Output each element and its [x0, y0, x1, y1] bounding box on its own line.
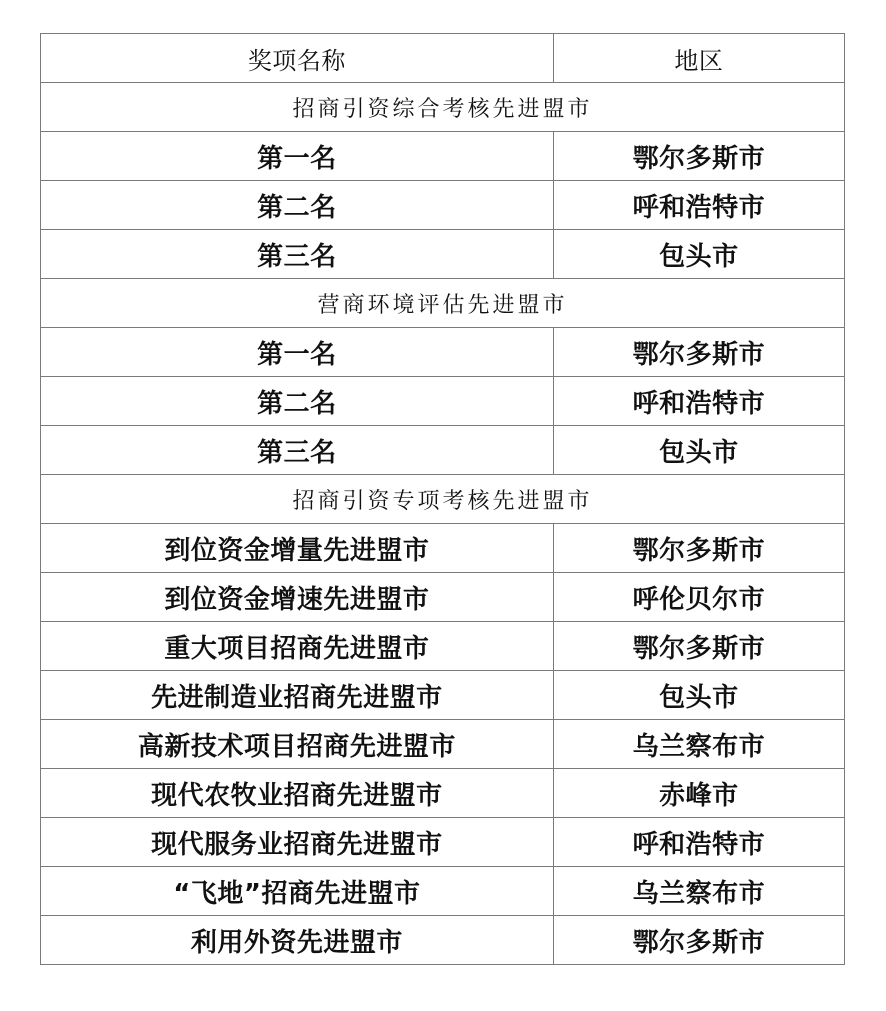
region-cell: 呼和浩特市 — [553, 181, 844, 230]
section-row: 招商引资综合考核先进盟市 — [41, 83, 845, 132]
region-cell: 鄂尔多斯市 — [553, 622, 844, 671]
region-cell: 鄂尔多斯市 — [553, 328, 844, 377]
section-row: 营商环境评估先进盟市 — [41, 279, 845, 328]
award-cell: “飞地”招商先进盟市 — [41, 867, 554, 916]
region-cell: 乌兰察布市 — [553, 867, 844, 916]
award-cell: 先进制造业招商先进盟市 — [41, 671, 554, 720]
award-cell: 第二名 — [41, 181, 554, 230]
region-cell: 包头市 — [553, 426, 844, 475]
award-cell: 现代农牧业招商先进盟市 — [41, 769, 554, 818]
award-cell: 到位资金增量先进盟市 — [41, 524, 554, 573]
table-row: 第三名 包头市 — [41, 426, 845, 475]
award-cell: 重大项目招商先进盟市 — [41, 622, 554, 671]
award-cell: 高新技术项目招商先进盟市 — [41, 720, 554, 769]
region-cell: 乌兰察布市 — [553, 720, 844, 769]
header-region: 地区 — [553, 34, 844, 83]
table-row: 现代农牧业招商先进盟市 赤峰市 — [41, 769, 845, 818]
table-row: 到位资金增量先进盟市 鄂尔多斯市 — [41, 524, 845, 573]
section-title: 营商环境评估先进盟市 — [41, 279, 845, 328]
table-row: 重大项目招商先进盟市 鄂尔多斯市 — [41, 622, 845, 671]
award-cell: 到位资金增速先进盟市 — [41, 573, 554, 622]
table-row: 高新技术项目招商先进盟市 乌兰察布市 — [41, 720, 845, 769]
table-row: 到位资金增速先进盟市 呼伦贝尔市 — [41, 573, 845, 622]
award-cell: 第三名 — [41, 426, 554, 475]
table-row: 第二名 呼和浩特市 — [41, 181, 845, 230]
region-cell: 包头市 — [553, 671, 844, 720]
table-row: 先进制造业招商先进盟市 包头市 — [41, 671, 845, 720]
award-cell: 第二名 — [41, 377, 554, 426]
header-row: 奖项名称 地区 — [41, 34, 845, 83]
award-cell: 现代服务业招商先进盟市 — [41, 818, 554, 867]
table-row: 利用外资先进盟市 鄂尔多斯市 — [41, 916, 845, 965]
header-award-name: 奖项名称 — [41, 34, 554, 83]
region-cell: 鄂尔多斯市 — [553, 524, 844, 573]
table-row: 第一名 鄂尔多斯市 — [41, 132, 845, 181]
region-cell: 呼和浩特市 — [553, 377, 844, 426]
award-cell: 第一名 — [41, 132, 554, 181]
table-row: 第一名 鄂尔多斯市 — [41, 328, 845, 377]
region-cell: 鄂尔多斯市 — [553, 916, 844, 965]
region-cell: 鄂尔多斯市 — [553, 132, 844, 181]
table-row: 第三名 包头市 — [41, 230, 845, 279]
section-title: 招商引资综合考核先进盟市 — [41, 83, 845, 132]
section-row: 招商引资专项考核先进盟市 — [41, 475, 845, 524]
region-cell: 呼和浩特市 — [553, 818, 844, 867]
region-cell: 包头市 — [553, 230, 844, 279]
table-row: “飞地”招商先进盟市 乌兰察布市 — [41, 867, 845, 916]
award-cell: 第三名 — [41, 230, 554, 279]
region-cell: 赤峰市 — [553, 769, 844, 818]
table-row: 现代服务业招商先进盟市 呼和浩特市 — [41, 818, 845, 867]
award-cell: 利用外资先进盟市 — [41, 916, 554, 965]
section-title: 招商引资专项考核先进盟市 — [41, 475, 845, 524]
region-cell: 呼伦贝尔市 — [553, 573, 844, 622]
award-cell: 第一名 — [41, 328, 554, 377]
award-table: 奖项名称 地区 招商引资综合考核先进盟市 第一名 鄂尔多斯市 第二名 呼和浩特市… — [40, 33, 845, 965]
table-row: 第二名 呼和浩特市 — [41, 377, 845, 426]
